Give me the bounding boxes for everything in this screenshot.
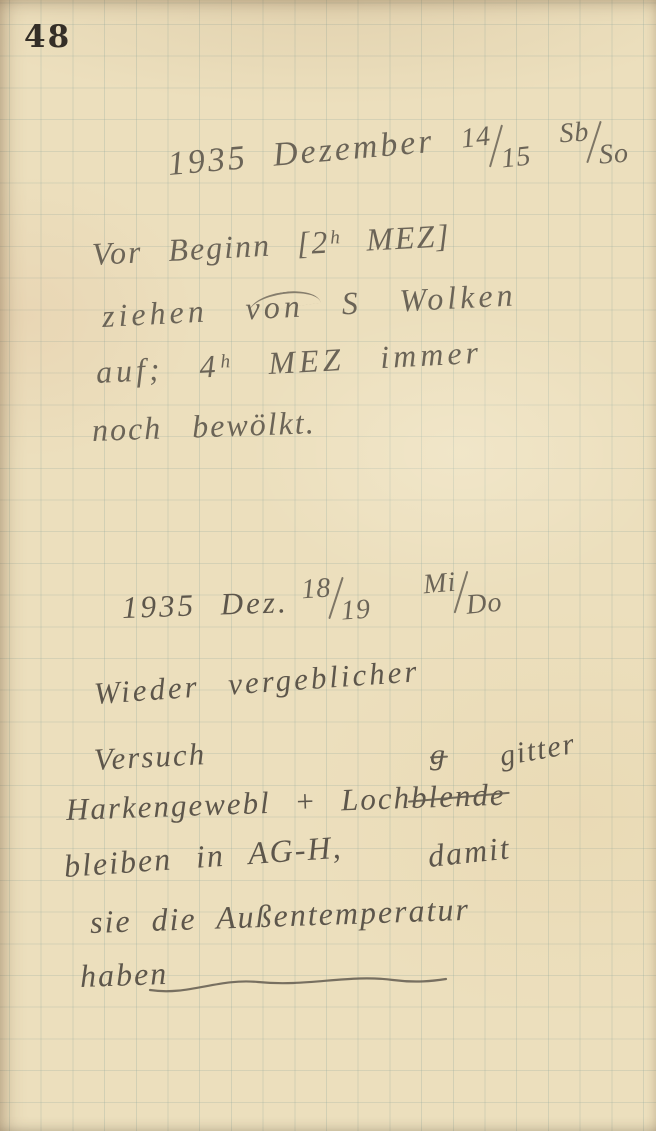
entry2-line-4b: damit: [426, 831, 512, 871]
entry2-line-3-struck-word: blende: [410, 779, 506, 813]
entry2-weekday-start: Mi: [422, 569, 457, 600]
entry1-weekday-end: So: [598, 140, 630, 170]
entry2-date: 1935 Dez.: [121, 586, 289, 623]
entry1-line-1: Vor Beginn [2ʰ MEZ]: [91, 219, 451, 270]
entry2-crossed-out-letter: g: [430, 740, 447, 770]
entry1-line-4: noch bewölkt.: [91, 406, 316, 446]
entry1-date: 1935 Dezember: [167, 125, 436, 182]
entry1-day-end: 15: [500, 142, 533, 173]
entry1-day-fraction: 14 15: [460, 121, 532, 172]
notebook-page: 48 1935 Dezember 14 15 Sb So Vor Beginn …: [0, 0, 656, 1131]
entry2-day-end: 19: [340, 596, 372, 626]
entry2-line-2: Versuch: [93, 738, 207, 775]
entry2-day-fraction: 18 19: [301, 574, 372, 623]
entry1-line-2: ziehen von S Wolken: [101, 278, 517, 332]
entry1-weekday-fraction: Sb So: [559, 118, 630, 167]
entry2-line-1: Wieder vergeblicher: [93, 655, 420, 709]
entry2-inserted-word: gitter: [497, 729, 578, 772]
entry2-line-3-pre: Harkengewebl + Loch: [65, 780, 411, 827]
entry1-line-3: auf; 4ʰ MEZ immer: [95, 336, 483, 388]
pen-flourish: [148, 968, 448, 998]
entry2-weekday-end: Do: [465, 589, 504, 620]
entry2-day-start: 18: [300, 574, 332, 604]
page-number: 48: [24, 22, 71, 53]
entry1-day-start: 14: [460, 123, 493, 154]
entry2-line-4a: bleiben in AG-H,: [63, 831, 343, 882]
entry2-weekday-fraction: Mi Do: [422, 567, 503, 618]
entry1-weekday-start: Sb: [558, 118, 590, 148]
entry2-line-5: sie die Außentemperatur: [89, 893, 470, 938]
entry2-line-3: Harkengewebl + Lochblende: [65, 779, 506, 825]
